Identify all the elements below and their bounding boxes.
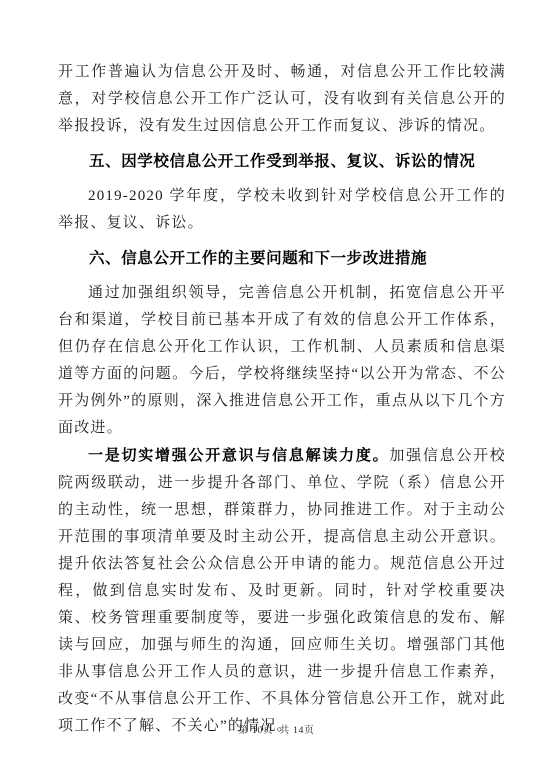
document-content: 开工作普遍认为信息公开及时、畅通，对信息公开工作比较满意，对学校信息公开工作广泛… xyxy=(58,59,506,740)
section-heading-6: 六、信息公开工作的主要问题和下一步改进措施 xyxy=(58,245,506,272)
section-6-paragraph-2: 一是切实增强公开意识与信息解读力度。加强信息公开校院两级联动，进一步提升各部门、… xyxy=(58,442,506,740)
document-page: 开工作普遍认为信息公开及时、畅通，对信息公开工作比较满意，对学校信息公开工作广泛… xyxy=(0,0,553,780)
section-heading-5: 五、因学校信息公开工作受到举报、复议、诉讼的情况 xyxy=(58,148,506,175)
page-footer: 第 10页 共 14页 xyxy=(0,722,553,736)
section-5-paragraph: 2019-2020 学年度，学校未收到针对学校信息公开工作的举报、复议、诉讼。 xyxy=(58,183,506,237)
emphasis-lead-sentence: 一是切实增强公开意识与信息解读力度。 xyxy=(88,447,389,464)
emphasis-body-text: 加强信息公开校院两级联动，进一步提升各部门、单位、学院（系）信息公开的主动性，统… xyxy=(58,448,506,734)
page-number-label: 第 10页 共 14页 xyxy=(238,726,314,736)
paragraph-continuation: 开工作普遍认为信息公开及时、畅通，对信息公开工作比较满意，对学校信息公开工作广泛… xyxy=(58,59,506,140)
section-6-paragraph-1: 通过加强组织领导，完善信息公开机制，拓宽信息公开平台和渠道，学校目前已基本开成了… xyxy=(58,280,506,442)
